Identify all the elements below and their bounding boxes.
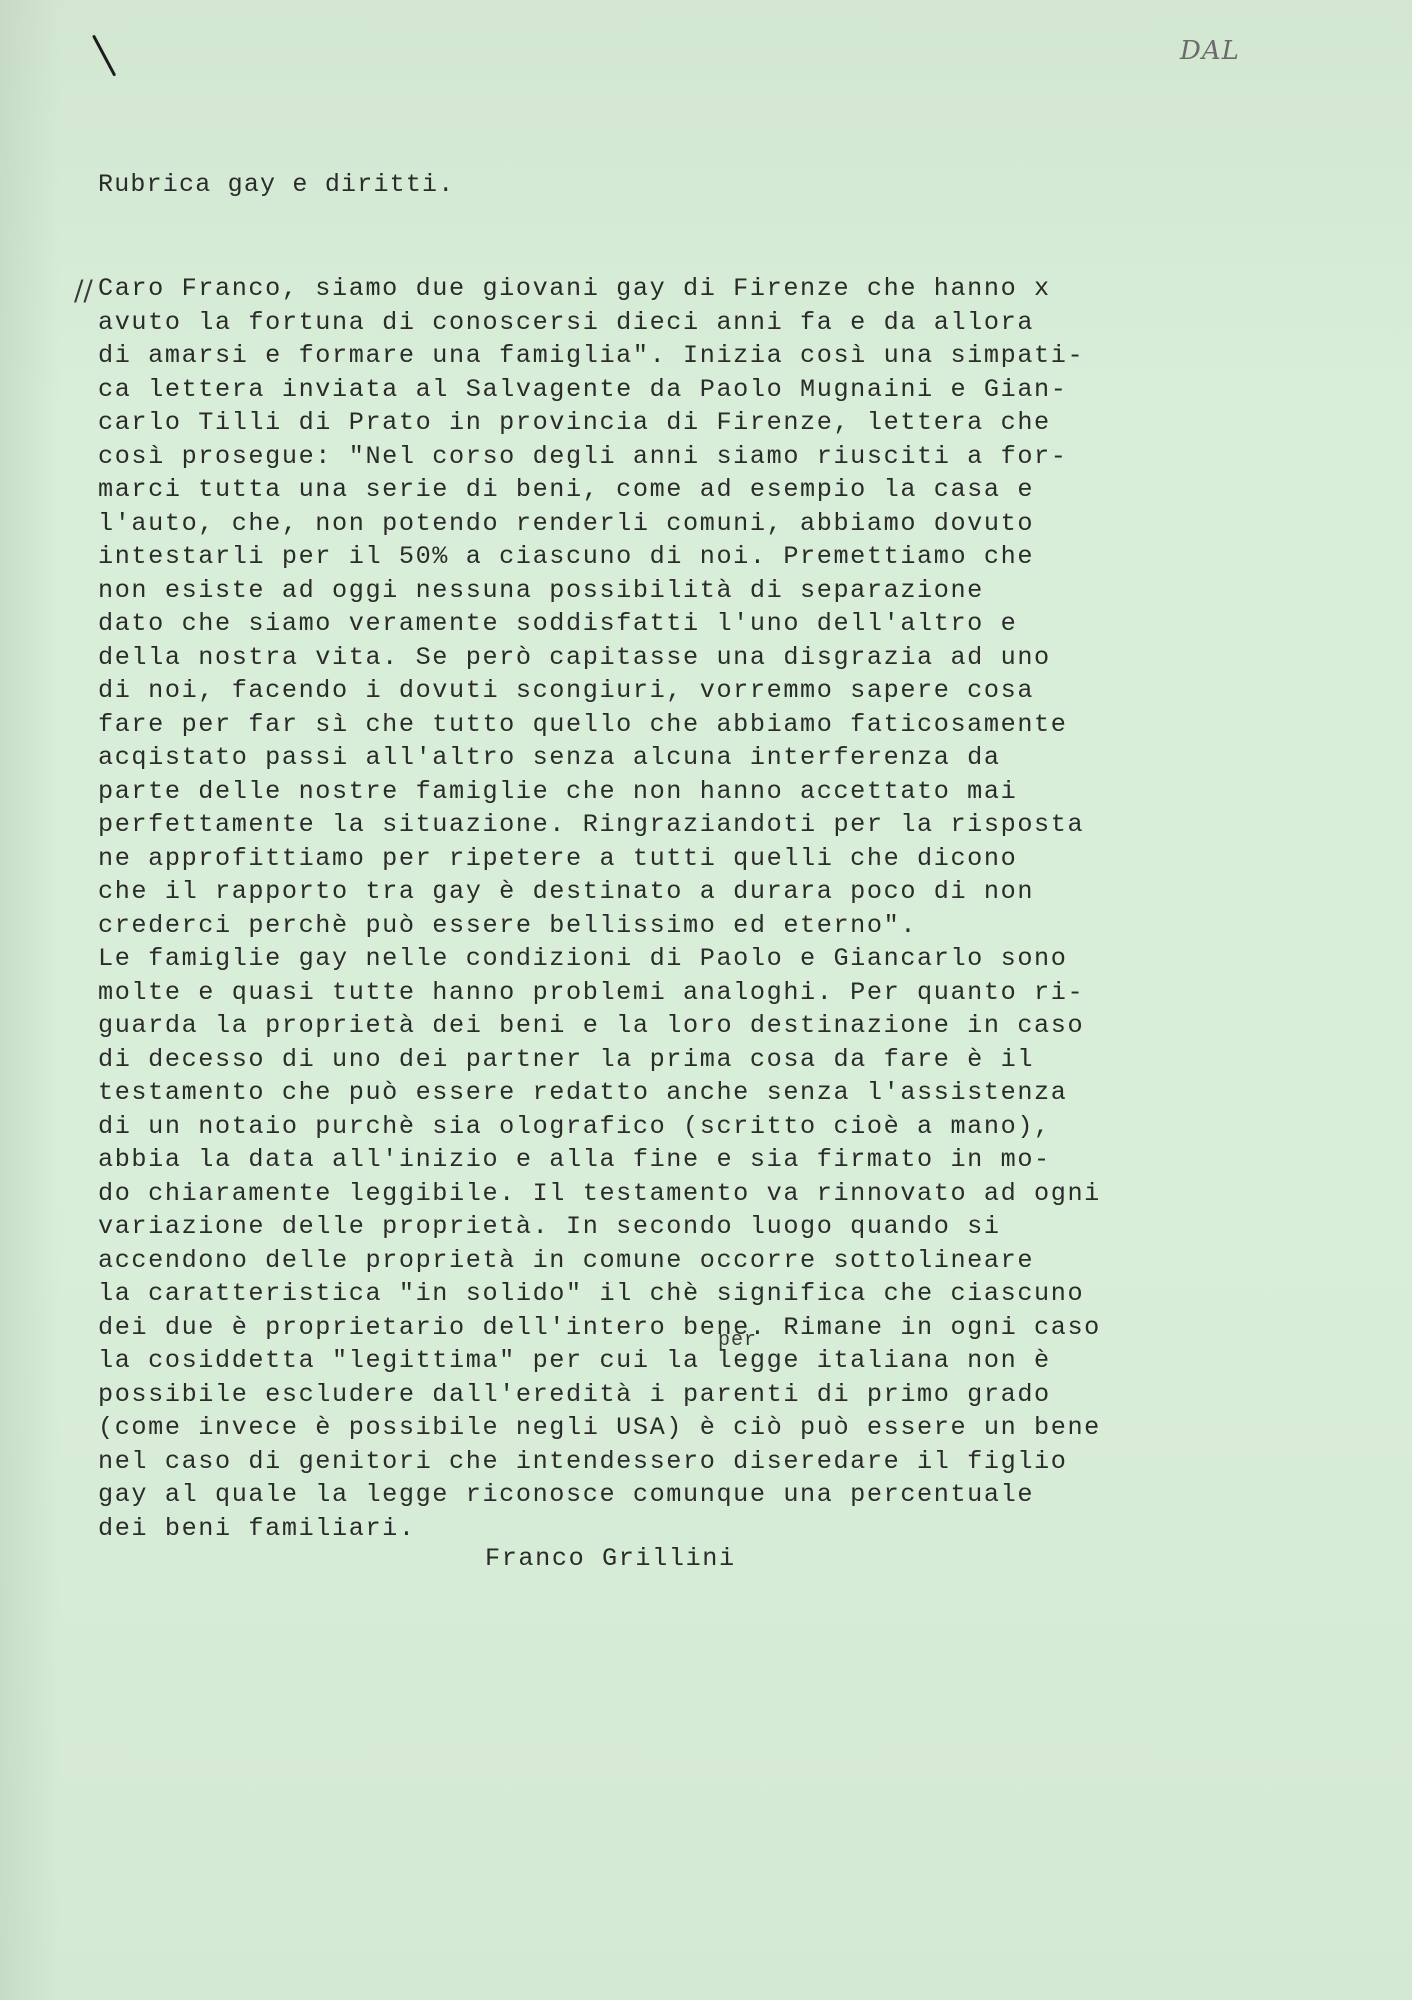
text-line: do chiaramente leggibile. Il testamento … xyxy=(98,1177,1101,1211)
text-line: ca lettera inviata al Salvagente da Paol… xyxy=(98,373,1101,407)
text-line: la cosiddetta "legittima" per cui la leg… xyxy=(98,1344,1101,1378)
text-line: dei due è proprietario dell'intero bene.… xyxy=(98,1311,1101,1345)
text-line: della nostra vita. Se però capitasse una… xyxy=(98,641,1101,675)
text-line: di amarsi e formare una famiglia". Inizi… xyxy=(98,339,1101,373)
text-line: variazione delle proprietà. In secondo l… xyxy=(98,1210,1101,1244)
text-line: gay al quale la legge riconosce comunque… xyxy=(98,1478,1101,1512)
text-line: molte e quasi tutte hanno problemi analo… xyxy=(98,976,1101,1010)
text-line: non esiste ad oggi nessuna possibilità d… xyxy=(98,574,1101,608)
text-line: parte delle nostre famiglie che non hann… xyxy=(98,775,1101,809)
pen-stroke-mark xyxy=(92,35,116,77)
text-line: crederci perchè può essere bellissimo ed… xyxy=(98,909,1101,943)
text-line: di decesso di uno dei partner la prima c… xyxy=(98,1043,1101,1077)
text-line: abbia la data all'inizio e alla fine e s… xyxy=(98,1143,1101,1177)
document-title: Rubrica gay e diritti. xyxy=(98,170,454,199)
text-line: nel caso di genitori che intendessero di… xyxy=(98,1445,1101,1479)
interlinear-insertion: per xyxy=(718,1329,757,1352)
text-line: dei beni familiari. xyxy=(98,1512,1101,1546)
signature: Franco Grillini xyxy=(485,1544,736,1573)
text-line: di un notaio purchè sia olografico (scri… xyxy=(98,1110,1101,1144)
text-line: la caratteristica "in solido" il chè sig… xyxy=(98,1277,1101,1311)
text-line: guarda la proprietà dei beni e la loro d… xyxy=(98,1009,1101,1043)
text-line: perfettamente la situazione. Ringraziand… xyxy=(98,808,1101,842)
text-line: possibile escludere dall'eredità i paren… xyxy=(98,1378,1101,1412)
text-line: testamento che può essere redatto anche … xyxy=(98,1076,1101,1110)
text-line: acqistato passi all'altro senza alcuna i… xyxy=(98,741,1101,775)
text-line: così prosegue: "Nel corso degli anni sia… xyxy=(98,440,1101,474)
text-line: Le famiglie gay nelle condizioni di Paol… xyxy=(98,942,1101,976)
text-line: fare per far sì che tutto quello che abb… xyxy=(98,708,1101,742)
text-line: che il rapporto tra gay è destinato a du… xyxy=(98,875,1101,909)
text-line: marci tutta una serie di beni, come ad e… xyxy=(98,473,1101,507)
text-line: avuto la fortuna di conoscersi dieci ann… xyxy=(98,306,1101,340)
text-line: Caro Franco, siamo due giovani gay di Fi… xyxy=(98,272,1101,306)
text-line: carlo Tilli di Prato in provincia di Fir… xyxy=(98,406,1101,440)
text-line: accendono delle proprietà in comune occo… xyxy=(98,1244,1101,1278)
handwritten-annotation: DAL xyxy=(1180,36,1240,66)
text-line: (come invece è possibile negli USA) è ci… xyxy=(98,1411,1101,1445)
text-line: di noi, facendo i dovuti scongiuri, vorr… xyxy=(98,674,1101,708)
letter-body: Caro Franco, siamo due giovani gay di Fi… xyxy=(98,272,1101,1545)
text-line: ne approfittiamo per ripetere a tutti qu… xyxy=(98,842,1101,876)
text-line: l'auto, che, non potendo renderli comuni… xyxy=(98,507,1101,541)
paper-edge-shadow xyxy=(0,0,60,2000)
text-line: dato che siamo veramente soddisfatti l'u… xyxy=(98,607,1101,641)
text-line: intestarli per il 50% a ciascuno di noi.… xyxy=(98,540,1101,574)
margin-mark: // xyxy=(74,274,93,307)
